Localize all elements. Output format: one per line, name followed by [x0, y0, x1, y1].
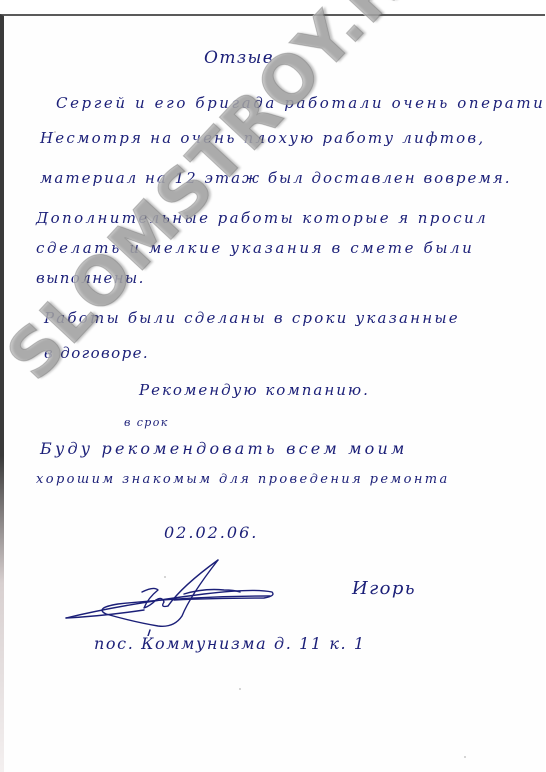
letter-line: хорошим знакомым для проведения ремонта	[36, 472, 450, 487]
signature-name: Игорь	[352, 578, 416, 599]
letter-line: сделать и мелкие указания в смете были	[36, 239, 474, 257]
letter-line: Буду рекомендовать всем моим	[40, 439, 407, 458]
letter-line: Работы были сделаны в сроки указанные	[44, 309, 460, 327]
letter-line: Несмотря на очень плохую работу лифтов,	[40, 129, 485, 147]
letter-line: в договоре.	[44, 344, 149, 362]
scan-speck	[164, 576, 166, 578]
letter-line: Дополнительные работы которые я просил	[36, 209, 488, 227]
scan-speck	[464, 756, 466, 758]
letter-line: материал на 12 этаж был доставлен воврем…	[40, 169, 512, 187]
letter-insert: в срок	[124, 416, 169, 429]
scan-speck	[239, 688, 241, 690]
letter-date: 02.02.06.	[164, 523, 258, 542]
signature-scribble	[64, 556, 284, 636]
scan-speck	[54, 131, 56, 133]
scanned-letter-page: Отзыв Сергей и его бригада работали очен…	[0, 14, 545, 772]
letter-line: выполнены.	[36, 269, 145, 287]
letter-line: Рекомендую компанию.	[139, 381, 370, 399]
letter-line: Сергей и его бригада работали очень опер…	[56, 94, 546, 112]
letter-title: Отзыв	[204, 48, 274, 68]
letter-address: пос. Коммунизма д. 11 к. 1	[94, 634, 366, 653]
